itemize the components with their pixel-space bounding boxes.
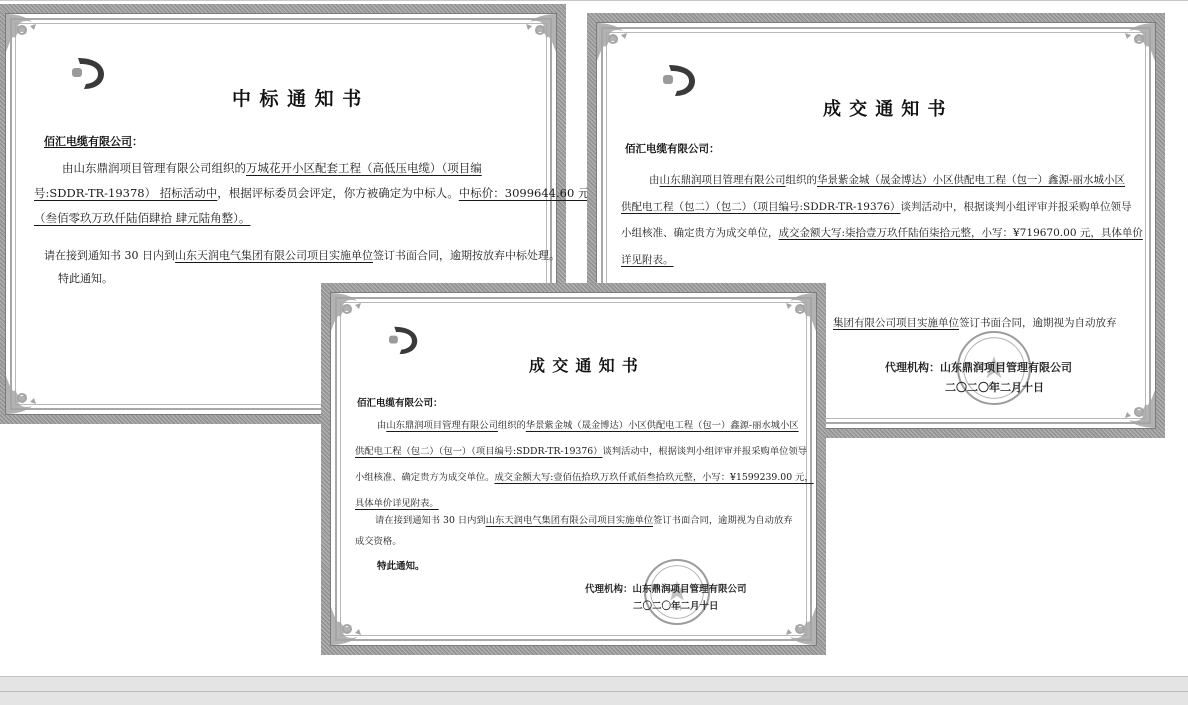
contract-instruction: 请在接到通知书 30 日内到山东天润电气集团有限公司项目实施单位签订书面合同，逾… xyxy=(44,246,564,266)
ornament-corner-icon xyxy=(4,12,50,58)
ornament-corner-icon xyxy=(772,291,818,337)
ornament-corner-icon xyxy=(772,601,818,647)
addressee: 佰汇电缆有限公司： xyxy=(357,395,443,409)
status-bar xyxy=(0,691,1188,705)
bottom-toolbar xyxy=(0,676,1188,691)
ornament-corner-icon xyxy=(595,21,641,67)
ornament-corner-icon xyxy=(512,12,558,58)
ornament-corner-icon xyxy=(4,370,50,416)
notice-body: 由山东鼎润项目管理有限公司组织的华景紫金城（晟金博达）小区供配电工程（包一）鑫源… xyxy=(621,167,1141,273)
agency-signature: 代理机构：山东鼎润项目管理有限公司 xyxy=(585,581,747,595)
issue-date: 二〇二〇年二月十日 xyxy=(633,598,719,612)
certificate-title: 中标通知书 xyxy=(232,84,370,111)
ornament-corner-icon xyxy=(329,601,375,647)
ornament-corner-icon xyxy=(1111,21,1157,67)
closing-text: 特此通知。 xyxy=(377,558,425,572)
closing-text: 特此通知。 xyxy=(58,270,113,286)
issue-date: 二〇二〇年二月十日 xyxy=(945,379,1044,395)
deal-notice-certificate-front: 成交通知书 佰汇电缆有限公司： 由山东鼎润项目管理有限公司组织的华景紫金城（晟金… xyxy=(321,283,826,655)
ornament-corner-icon xyxy=(329,291,375,337)
company-logo-icon xyxy=(70,56,108,90)
top-border xyxy=(0,0,1188,1)
certificate-title: 成交通知书 xyxy=(823,95,954,121)
certificate-title: 成交通知书 xyxy=(529,353,645,376)
contract-instruction: 请在接到通知书 30 日内到山东天润电气集团有限公司项目实施单位签订书面合同，逾… xyxy=(355,511,820,552)
notice-body: 由山东鼎润项目管理有限公司组织的万城花开小区配套工程（高低压电缆）（项目编 号:… xyxy=(34,156,544,231)
agency-signature: 代理机构：山东鼎润项目管理有限公司 xyxy=(885,359,1072,375)
addressee: 佰汇电缆有限公司： xyxy=(625,141,720,156)
notice-body: 由山东鼎润项目管理有限公司组织的华景紫金城（晟金博达）小区供配电工程（包一）鑫源… xyxy=(355,413,820,517)
company-logo-icon xyxy=(661,63,699,97)
addressee: 佰汇电缆有限公司： xyxy=(44,133,143,149)
ornament-corner-icon xyxy=(1111,384,1157,430)
document-viewer: 中标通知书 佰汇电缆有限公司： 由山东鼎润项目管理有限公司组织的万城花开小区配套… xyxy=(0,0,1188,676)
company-logo-icon xyxy=(387,325,421,355)
